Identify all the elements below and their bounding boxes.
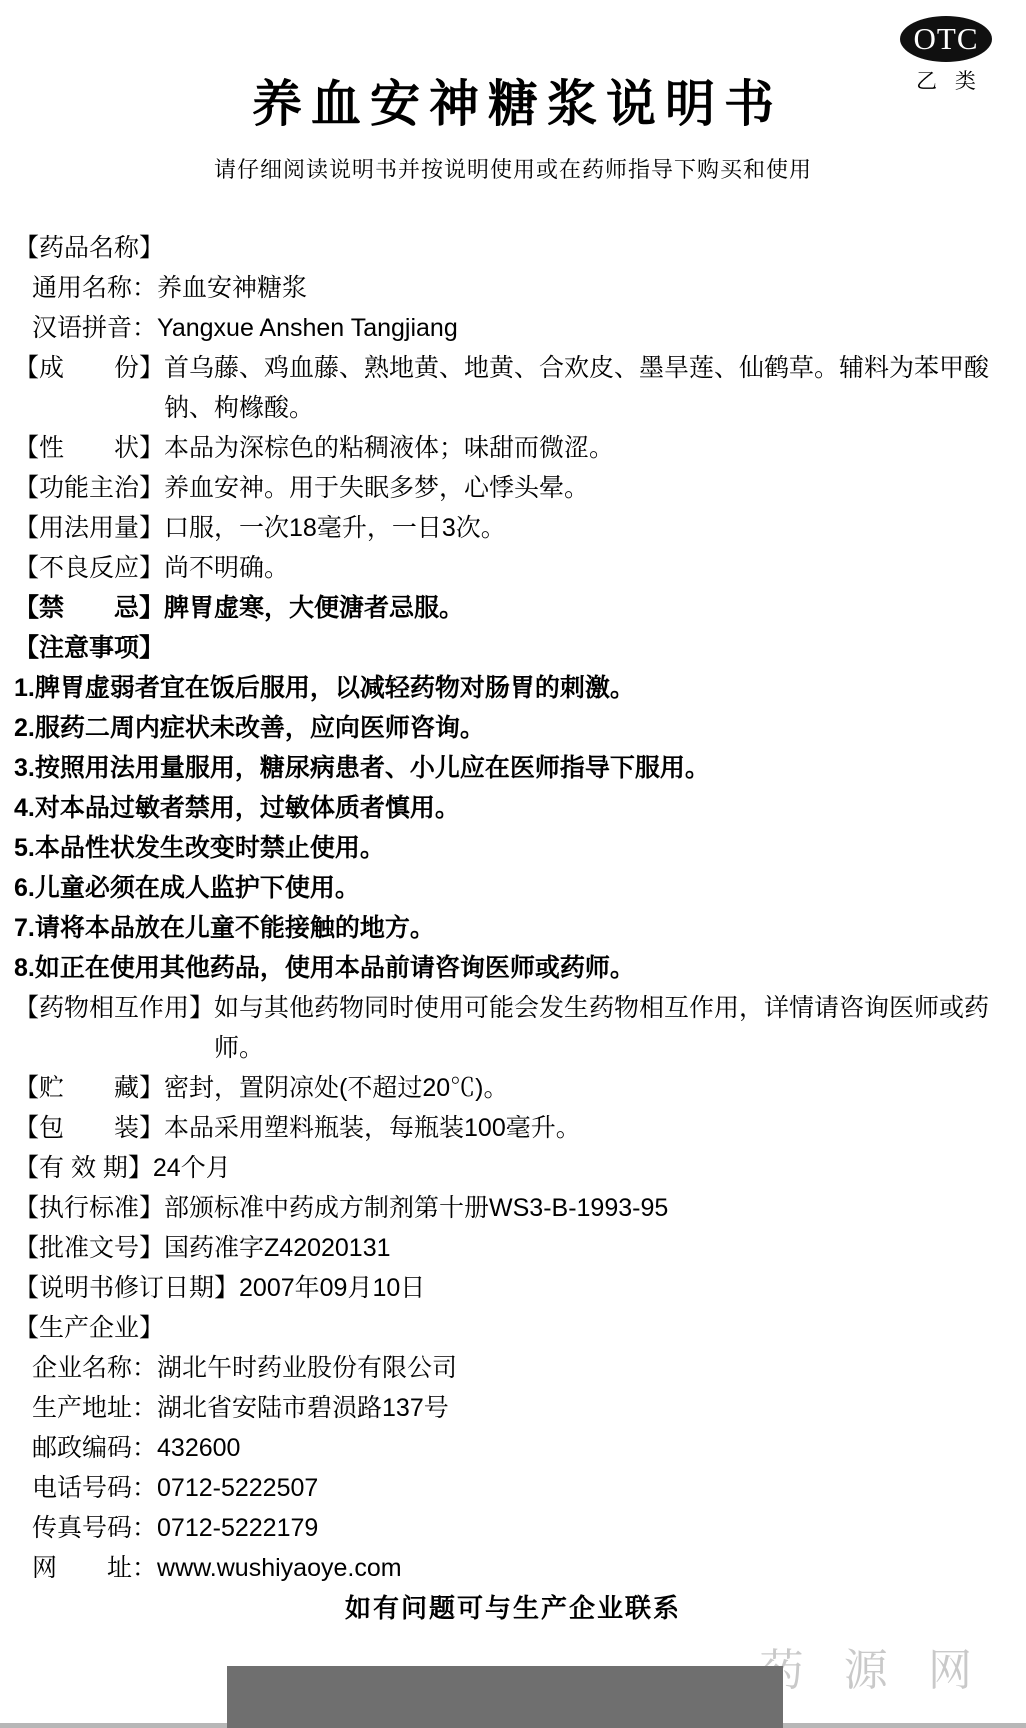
leaflet-row: 【性 状】本品为深棕色的粘稠液体；味甜而微涩。 bbox=[14, 428, 1010, 468]
leaflet-row: 邮政编码：432600 bbox=[14, 1428, 1010, 1468]
row-label: 【包 装】 bbox=[14, 1108, 164, 1148]
leaflet-row: 【有 效 期】24个月 bbox=[14, 1148, 1010, 1188]
row-label: 邮政编码： bbox=[32, 1428, 157, 1468]
row-text: 本品为深棕色的粘稠液体；味甜而微涩。 bbox=[164, 428, 1010, 468]
leaflet-row: 5.本品性状发生改变时禁止使用。 bbox=[14, 828, 1010, 868]
leaflet-row: 【用法用量】口服，一次18毫升，一日3次。 bbox=[14, 508, 1010, 548]
leaflet-row: 3.按照用法用量服用，糖尿病患者、小儿应在医师指导下服用。 bbox=[14, 748, 1010, 788]
leaflet-row: 4.对本品过敏者禁用，过敏体质者慎用。 bbox=[14, 788, 1010, 828]
row-text: 脾胃虚寒，大便溏者忌服。 bbox=[164, 588, 1010, 628]
row-text: www.wushiyaoye.com bbox=[157, 1548, 1010, 1588]
row-label: 【成 份】 bbox=[14, 348, 164, 428]
otc-badge: OTC 乙 类 bbox=[894, 16, 998, 95]
row-text: 湖北省安陆市碧涢路137号 bbox=[157, 1388, 1010, 1428]
watermark-text: 药 源 网 bbox=[760, 1634, 986, 1698]
row-label: 【执行标准】 bbox=[14, 1188, 164, 1228]
leaflet-row: 【执行标准】部颁标准中药成方制剂第十册WS3-B-1993-95 bbox=[14, 1188, 1010, 1228]
otc-class-label: 乙 类 bbox=[894, 65, 998, 95]
leaflet-row: 生产地址：湖北省安陆市碧涢路137号 bbox=[14, 1388, 1010, 1428]
leaflet-page: OTC 乙 类 养血安神糖浆说明书 请仔细阅读说明书并按说明使用或在药师指导下购… bbox=[0, 0, 1026, 1728]
row-text: 密封，置阴凉处(不超过20℃)。 bbox=[164, 1068, 1010, 1108]
row-label: 汉语拼音： bbox=[32, 308, 157, 348]
row-text: 0712-5222179 bbox=[157, 1508, 1010, 1548]
row-text: 6.儿童必须在成人监护下使用。 bbox=[14, 868, 1010, 908]
row-text bbox=[164, 628, 1010, 668]
row-label: 【贮 藏】 bbox=[14, 1068, 164, 1108]
row-label: 传真号码： bbox=[32, 1508, 157, 1548]
leaflet-row: 【说明书修订日期】2007年09月10日 bbox=[14, 1268, 1010, 1308]
row-label: 电话号码： bbox=[32, 1468, 157, 1508]
leaflet-row: 8.如正在使用其他药品，使用本品前请咨询医师或药师。 bbox=[14, 948, 1010, 988]
row-label: 【生产企业】 bbox=[14, 1308, 164, 1348]
leaflet-row: 汉语拼音：Yangxue Anshen Tangjiang bbox=[14, 308, 1010, 348]
row-label: 【性 状】 bbox=[14, 428, 164, 468]
row-label: 网 址： bbox=[32, 1548, 157, 1588]
leaflet-row: 【成 份】首乌藤、鸡血藤、熟地黄、地黄、合欢皮、墨旱莲、仙鹤草。辅料为苯甲酸钠、… bbox=[14, 348, 1010, 428]
leaflet-row: 企业名称：湖北午时药业股份有限公司 bbox=[14, 1348, 1010, 1388]
row-text: 2007年09月10日 bbox=[239, 1268, 1010, 1308]
leaflet-row: 7.请将本品放在儿童不能接触的地方。 bbox=[14, 908, 1010, 948]
row-text: 尚不明确。 bbox=[164, 548, 1010, 588]
row-text: 国药准字Z42020131 bbox=[164, 1228, 1010, 1268]
leaflet-row: 【注意事项】 bbox=[14, 628, 1010, 668]
row-text: 首乌藤、鸡血藤、熟地黄、地黄、合欢皮、墨旱莲、仙鹤草。辅料为苯甲酸钠、枸橼酸。 bbox=[164, 348, 1010, 428]
row-label: 【功能主治】 bbox=[14, 468, 164, 508]
leaflet-row: 传真号码：0712-5222179 bbox=[14, 1508, 1010, 1548]
leaflet-row: 电话号码：0712-5222507 bbox=[14, 1468, 1010, 1508]
row-text: 养血安神糖浆 bbox=[157, 268, 1010, 308]
row-text: 8.如正在使用其他药品，使用本品前请咨询医师或药师。 bbox=[14, 948, 1010, 988]
row-label: 企业名称： bbox=[32, 1348, 157, 1388]
row-text: 湖北午时药业股份有限公司 bbox=[157, 1348, 1010, 1388]
row-text: 1.脾胃虚弱者宜在饭后服用，以减轻药物对肠胃的刺激。 bbox=[14, 668, 1010, 708]
row-text bbox=[164, 228, 1010, 268]
contact-note: 如有问题可与生产企业联系 bbox=[0, 1588, 1026, 1625]
leaflet-row: 【禁 忌】脾胃虚寒，大便溏者忌服。 bbox=[14, 588, 1010, 628]
row-label: 生产地址： bbox=[32, 1388, 157, 1428]
leaflet-row: 2.服药二周内症状未改善，应向医师咨询。 bbox=[14, 708, 1010, 748]
leaflet-row: 通用名称：养血安神糖浆 bbox=[14, 268, 1010, 308]
row-text: 432600 bbox=[157, 1428, 1010, 1468]
row-text: 24个月 bbox=[153, 1148, 1010, 1188]
row-label: 【说明书修订日期】 bbox=[14, 1268, 239, 1308]
row-text bbox=[164, 1308, 1010, 1348]
row-label: 【不良反应】 bbox=[14, 548, 164, 588]
row-text: 5.本品性状发生改变时禁止使用。 bbox=[14, 828, 1010, 868]
leaflet-row: 【贮 藏】密封，置阴凉处(不超过20℃)。 bbox=[14, 1068, 1010, 1108]
row-label: 【有 效 期】 bbox=[14, 1148, 153, 1188]
row-label: 【用法用量】 bbox=[14, 508, 164, 548]
row-text: 2.服药二周内症状未改善，应向医师咨询。 bbox=[14, 708, 1010, 748]
row-text: 3.按照用法用量服用，糖尿病患者、小儿应在医师指导下服用。 bbox=[14, 748, 1010, 788]
row-text: 4.对本品过敏者禁用，过敏体质者慎用。 bbox=[14, 788, 1010, 828]
leaflet-body: 【药品名称】 通用名称：养血安神糖浆 汉语拼音：Yangxue Anshen T… bbox=[0, 228, 1026, 1588]
row-text: 部颁标准中药成方制剂第十册WS3-B-1993-95 bbox=[164, 1188, 1010, 1228]
row-label: 【注意事项】 bbox=[14, 628, 164, 668]
row-label: 【药品名称】 bbox=[14, 228, 164, 268]
row-text: Yangxue Anshen Tangjiang bbox=[157, 308, 1010, 348]
page-subtitle: 请仔细阅读说明书并按说明使用或在药师指导下购买和使用 bbox=[0, 153, 1026, 184]
leaflet-row: 【批准文号】国药准字Z42020131 bbox=[14, 1228, 1010, 1268]
row-text: 口服，一次18毫升，一日3次。 bbox=[164, 508, 1010, 548]
leaflet-row: 【药物相互作用】如与其他药物同时使用可能会发生药物相互作用，详情请咨询医师或药师… bbox=[14, 988, 1010, 1068]
leaflet-row: 【生产企业】 bbox=[14, 1308, 1010, 1348]
row-text: 养血安神。用于失眠多梦，心悸头晕。 bbox=[164, 468, 1010, 508]
row-text: 7.请将本品放在儿童不能接触的地方。 bbox=[14, 908, 1010, 948]
leaflet-row: 【功能主治】养血安神。用于失眠多梦，心悸头晕。 bbox=[14, 468, 1010, 508]
page-title: 养血安神糖浆说明书 bbox=[0, 76, 1026, 132]
row-label: 【批准文号】 bbox=[14, 1228, 164, 1268]
row-label: 【禁 忌】 bbox=[14, 588, 164, 628]
row-text: 如与其他药物同时使用可能会发生药物相互作用，详情请咨询医师或药师。 bbox=[214, 988, 1010, 1068]
row-text: 0712-5222507 bbox=[157, 1468, 1010, 1508]
leaflet-row: 网 址：www.wushiyaoye.com bbox=[14, 1548, 1010, 1588]
row-label: 【药物相互作用】 bbox=[14, 988, 214, 1068]
redacted-gray-block bbox=[227, 1666, 783, 1728]
leaflet-row: 【不良反应】尚不明确。 bbox=[14, 548, 1010, 588]
leaflet-row: 【包 装】本品采用塑料瓶装，每瓶装100毫升。 bbox=[14, 1108, 1010, 1148]
leaflet-row: 【药品名称】 bbox=[14, 228, 1010, 268]
row-text: 本品采用塑料瓶装，每瓶装100毫升。 bbox=[164, 1108, 1010, 1148]
leaflet-row: 6.儿童必须在成人监护下使用。 bbox=[14, 868, 1010, 908]
leaflet-row: 1.脾胃虚弱者宜在饭后服用，以减轻药物对肠胃的刺激。 bbox=[14, 668, 1010, 708]
otc-logo: OTC bbox=[900, 16, 992, 62]
row-label: 通用名称： bbox=[32, 268, 157, 308]
